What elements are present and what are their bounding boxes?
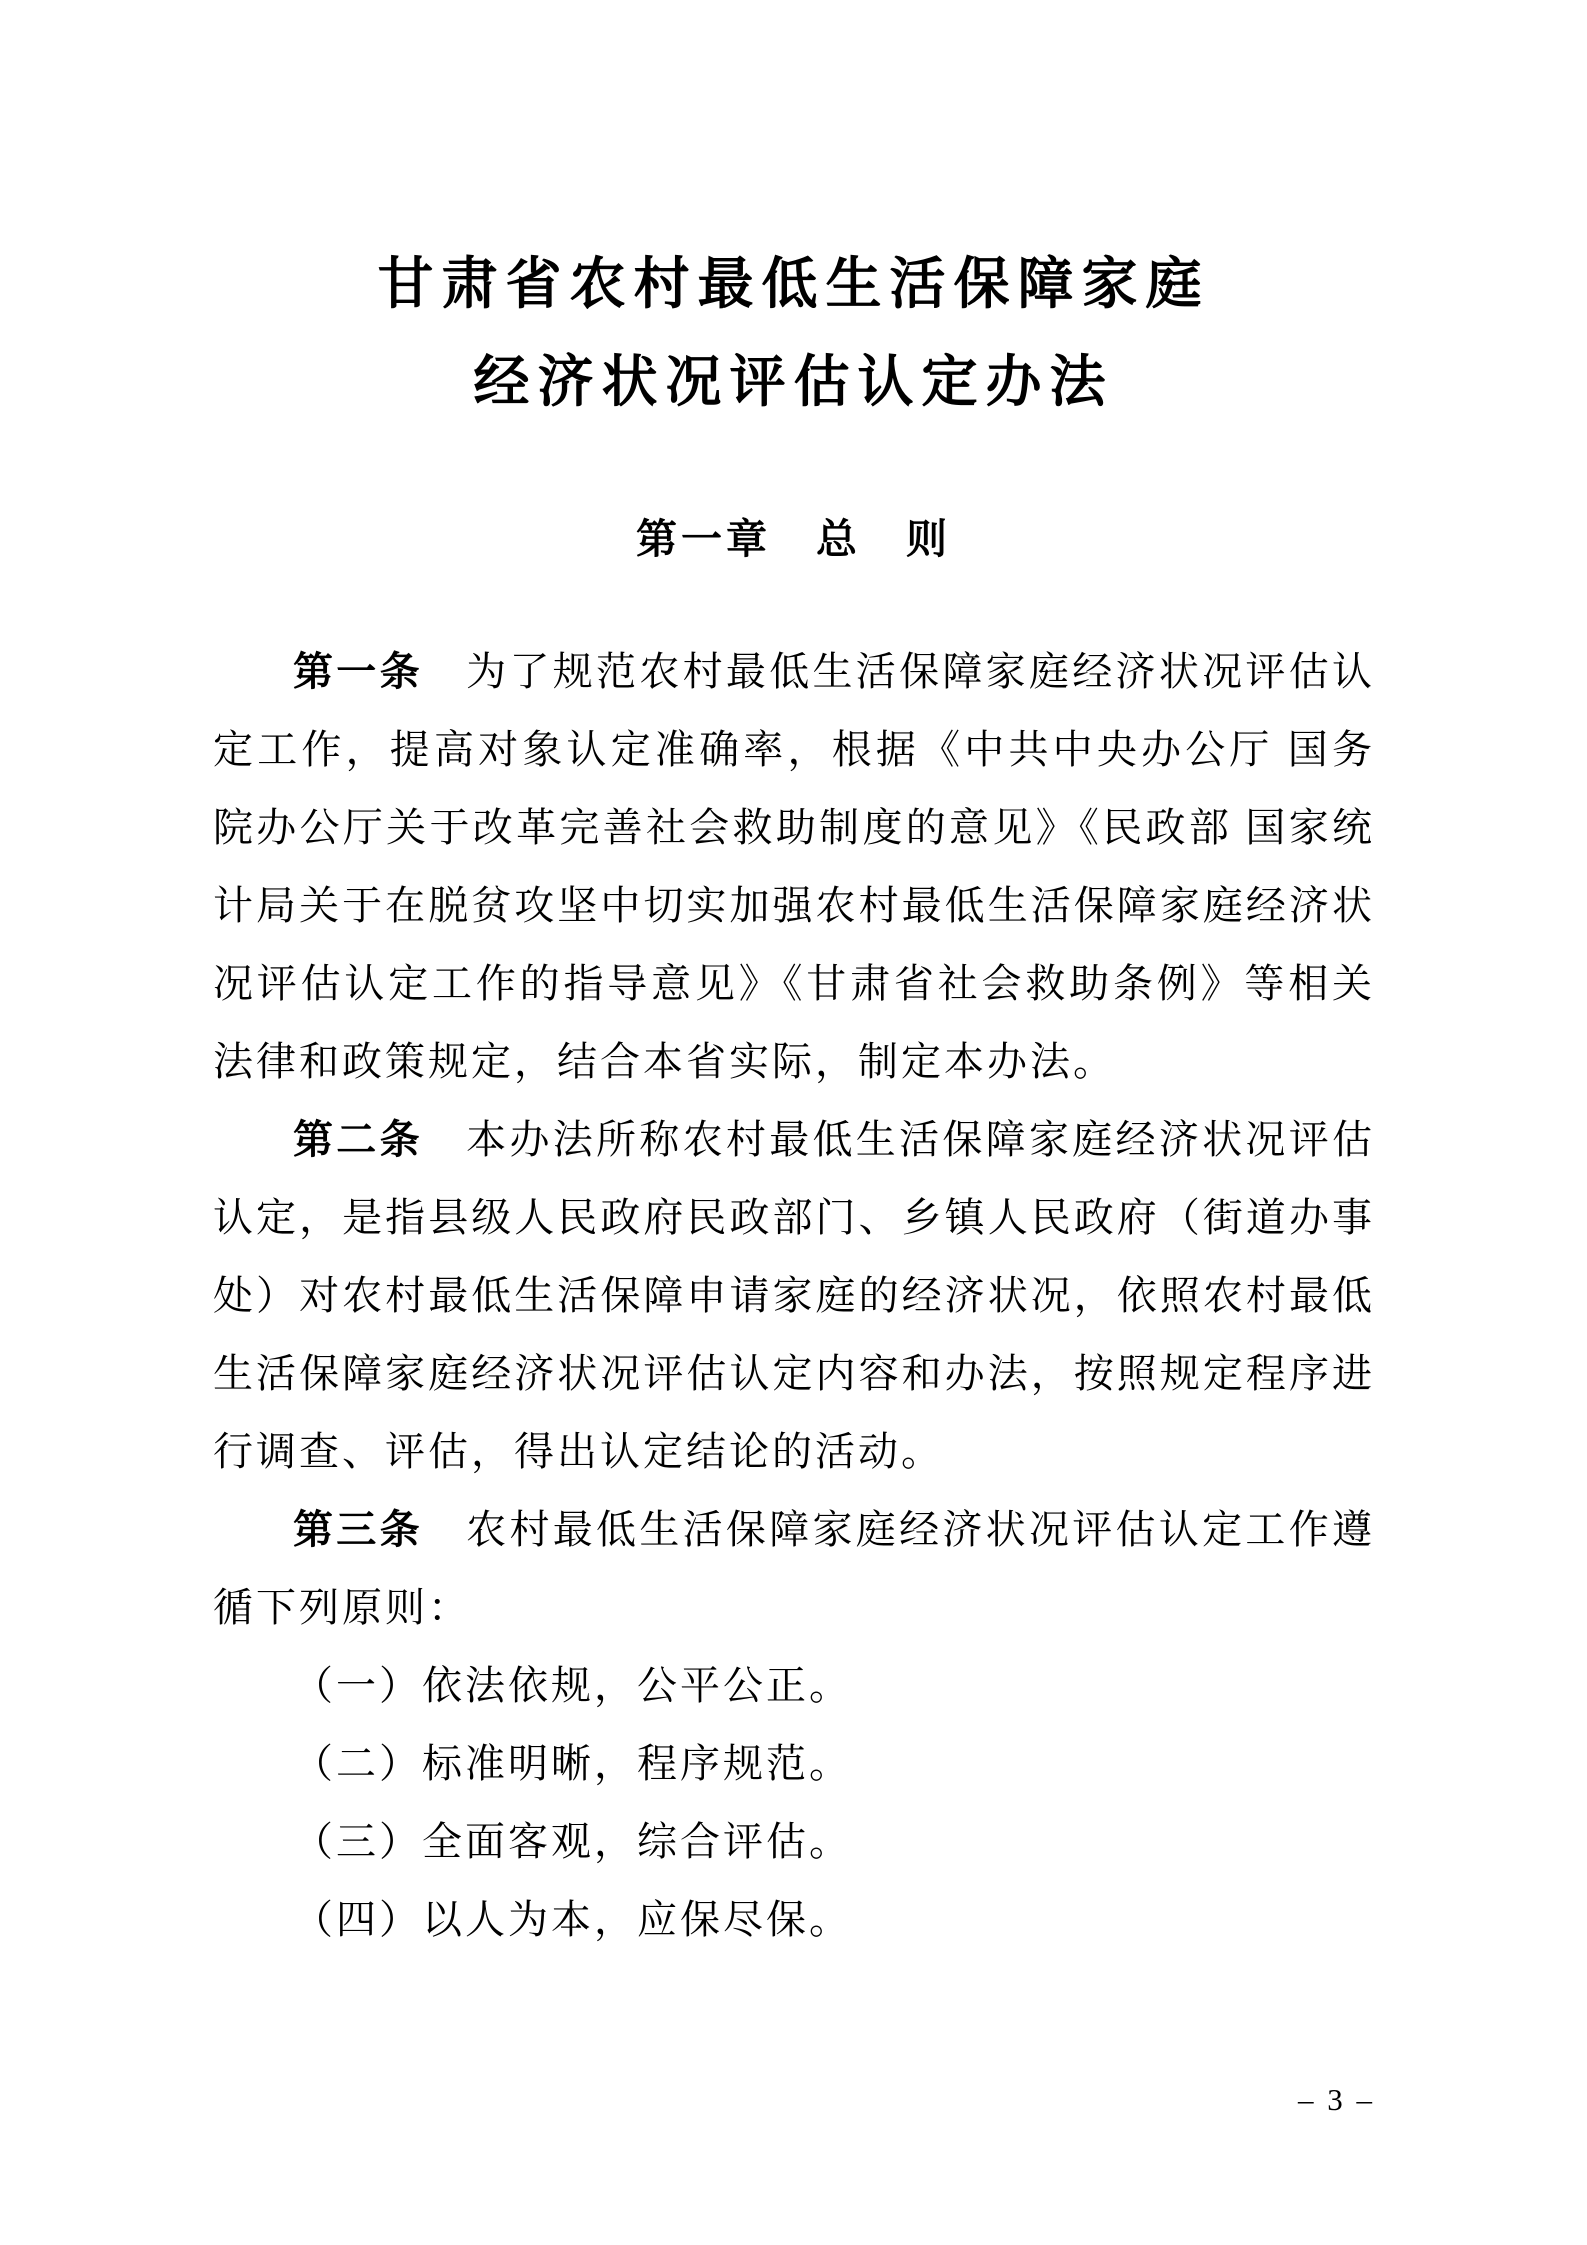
article-3-label: 第三条 bbox=[293, 1508, 423, 1552]
document-page: 甘肃省农村最低生活保障家庭 经济状况评估认定办法 第一章 总 则 第一条 为了规… bbox=[0, 0, 1587, 2245]
article-1-text: 为了规范农村最低生活保障家庭经济状况评估认定工作，提高对象认定准确率，根据《中共… bbox=[213, 649, 1375, 1084]
article-1-label: 第一条 bbox=[293, 650, 423, 694]
chapter-heading: 第一章 总 则 bbox=[0, 516, 1587, 562]
article-2-paragraph: 第二条 本办法所称农村最低生活保障家庭经济状况评估认定，是指县级人民政府民政部门… bbox=[213, 1101, 1375, 1491]
title-line-2: 经济状况评估认定办法 bbox=[0, 334, 1587, 432]
page-number: – 3 – bbox=[1298, 2082, 1375, 2118]
principle-item-3: （三）全面客观，综合评估。 bbox=[213, 1803, 1375, 1881]
article-2-label: 第二条 bbox=[293, 1118, 423, 1162]
document-body: 第一条 为了规范农村最低生活保障家庭经济状况评估认定工作，提高对象认定准确率，根… bbox=[213, 633, 1375, 1959]
title-line-1: 甘肃省农村最低生活保障家庭 bbox=[0, 236, 1587, 334]
principle-item-2: （二）标准明晰，程序规范。 bbox=[213, 1725, 1375, 1803]
document-title: 甘肃省农村最低生活保障家庭 经济状况评估认定办法 bbox=[0, 236, 1587, 432]
principle-item-4: （四）以人为本，应保尽保。 bbox=[213, 1881, 1375, 1959]
article-3-paragraph: 第三条 农村最低生活保障家庭经济状况评估认定工作遵循下列原则： bbox=[213, 1491, 1375, 1647]
article-1-paragraph: 第一条 为了规范农村最低生活保障家庭经济状况评估认定工作，提高对象认定准确率，根… bbox=[213, 633, 1375, 1101]
article-2-text: 本办法所称农村最低生活保障家庭经济状况评估认定，是指县级人民政府民政部门、乡镇人… bbox=[213, 1117, 1375, 1474]
principle-item-1: （一）依法依规，公平公正。 bbox=[213, 1647, 1375, 1725]
